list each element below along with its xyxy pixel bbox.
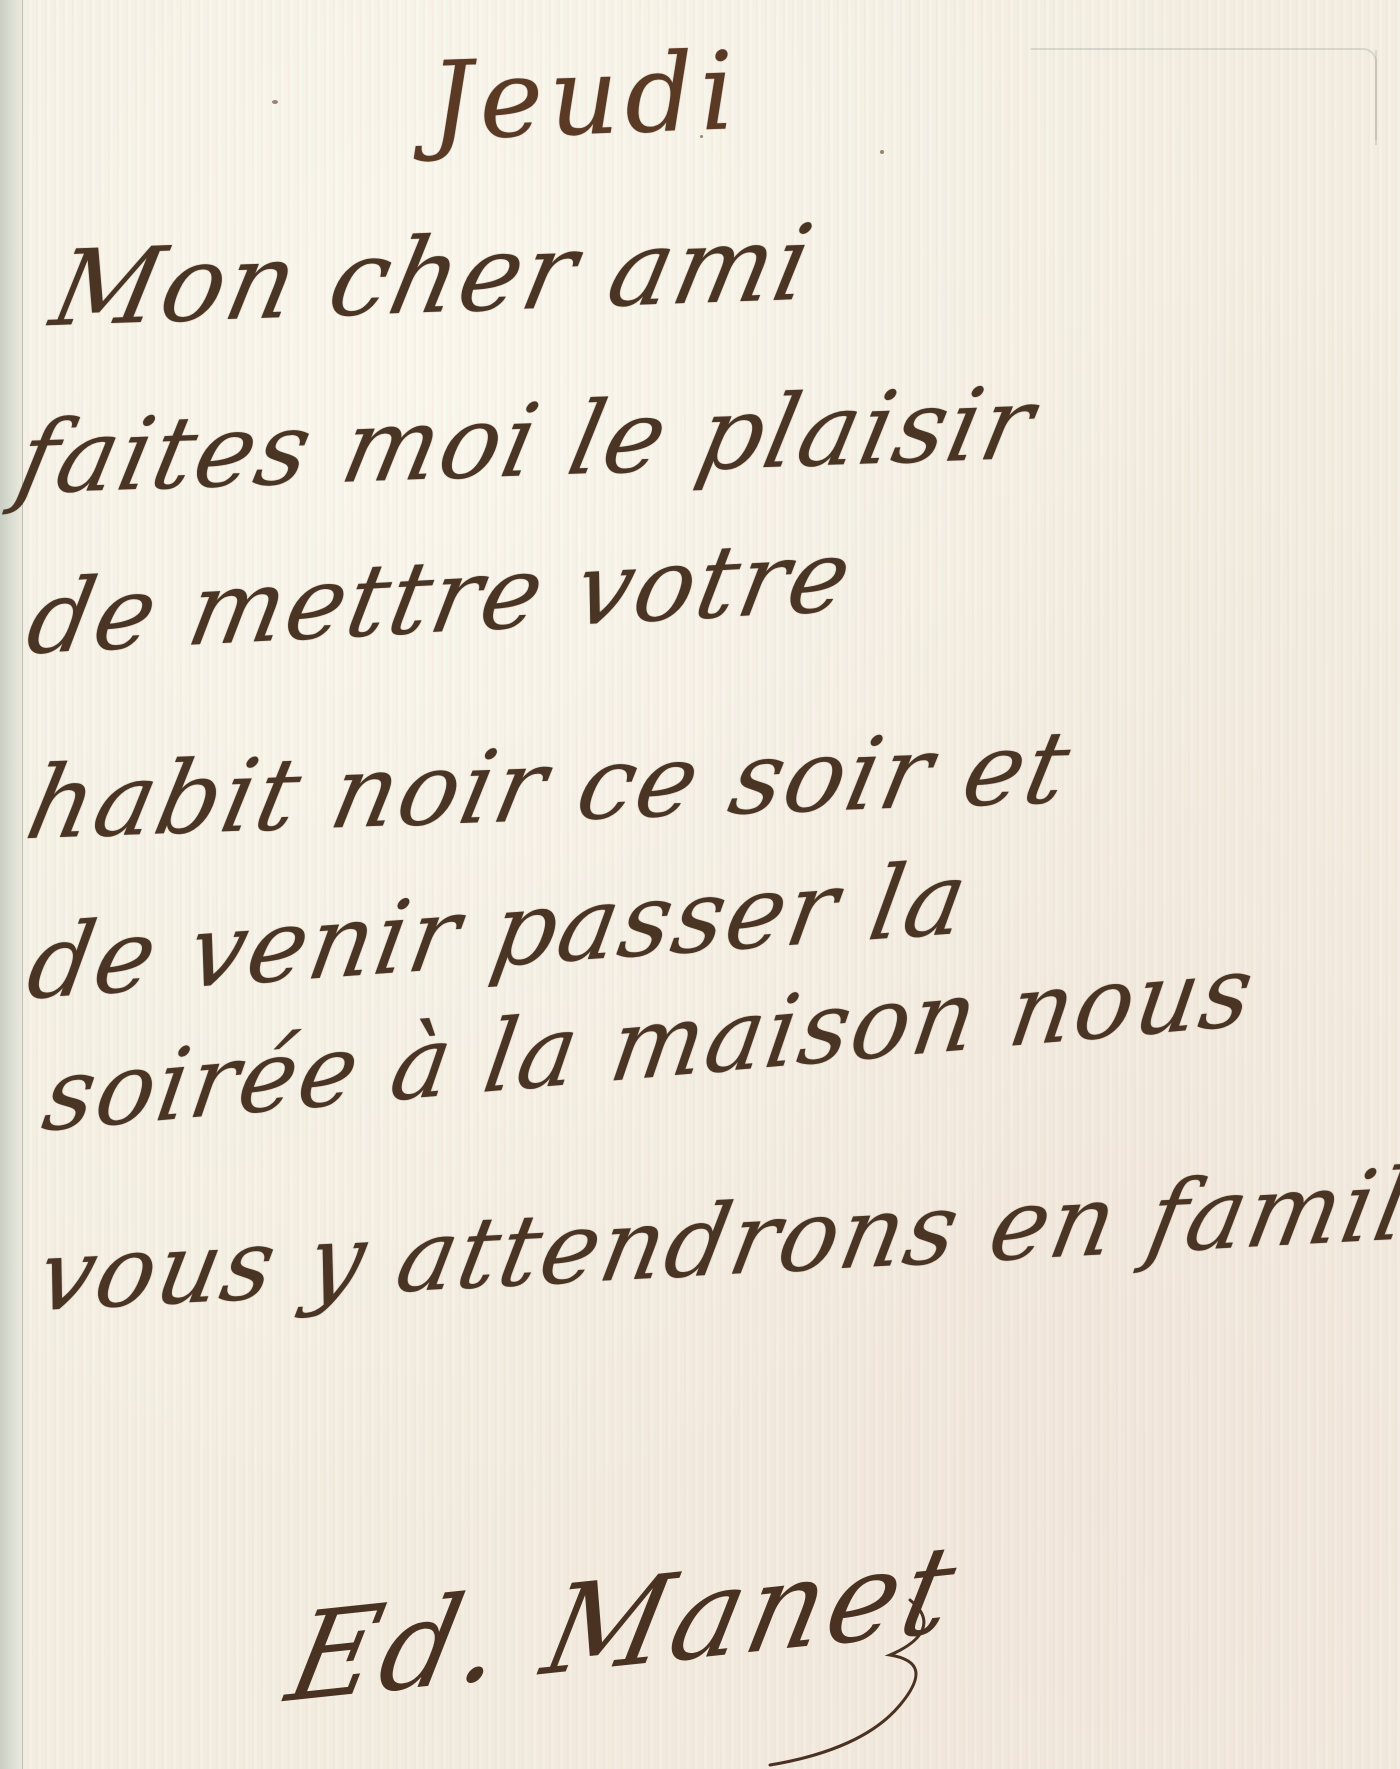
letter-line: vous y attendrons en famille, bbox=[29, 1141, 1400, 1335]
letter-line: de mettre votre bbox=[18, 516, 862, 677]
ink-speck bbox=[880, 150, 884, 154]
letter-line: habit noir ce soir et bbox=[17, 708, 1081, 862]
paper-left-edge bbox=[0, 0, 23, 1769]
signature-flourish-icon bbox=[760, 1560, 960, 1769]
letter-date-line: Jeudi bbox=[428, 29, 743, 165]
ink-speck bbox=[272, 100, 278, 104]
letter-page: Jeudi Mon cher ami faites moi le plaisir… bbox=[0, 0, 1400, 1769]
letter-line: faites moi le plaisir bbox=[7, 364, 1045, 517]
letter-salutation: Mon cher ami bbox=[42, 201, 824, 350]
pencil-bracket-mark bbox=[1030, 48, 1377, 145]
